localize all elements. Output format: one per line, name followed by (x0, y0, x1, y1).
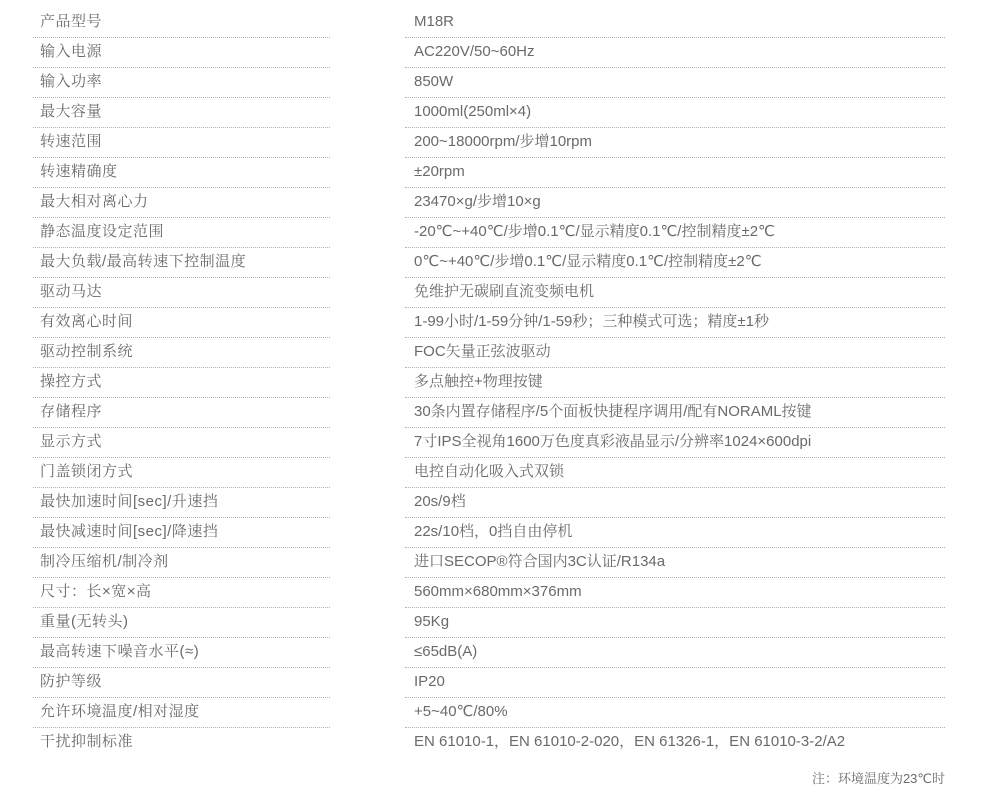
spec-label: 尺寸：长×宽×高 (33, 578, 330, 608)
spec-value: ±20rpm (405, 158, 945, 188)
spec-row: 最快减速时间[sec]/降速挡 22s/10档，0挡自由停机 (33, 518, 945, 548)
spec-row: 制冷压缩机/制冷剂 进口SECOP®符合国内3C认证/R134a (33, 548, 945, 578)
spec-label: 门盖锁闭方式 (33, 458, 330, 488)
spec-label: 存储程序 (33, 398, 330, 428)
spec-value: 95Kg (405, 608, 945, 638)
spec-label: 驱动控制系统 (33, 338, 330, 368)
spec-value: 850W (405, 68, 945, 98)
spec-label: 防护等级 (33, 668, 330, 698)
spec-row: 转速精确度 ±20rpm (33, 158, 945, 188)
spec-row: 防护等级 IP20 (33, 668, 945, 698)
spec-label: 最大负载/最高转速下控制温度 (33, 248, 330, 278)
spec-label: 最大相对离心力 (33, 188, 330, 218)
spec-value: AC220V/50~60Hz (405, 38, 945, 68)
spec-value: 560mm×680mm×376mm (405, 578, 945, 608)
spec-row: 驱动马达 免维护无碳刷直流变频电机 (33, 278, 945, 308)
spec-table: 产品型号 M18R 输入电源 AC220V/50~60Hz 输入功率 850W … (33, 8, 945, 758)
spec-row: 最大相对离心力 23470×g/步增10×g (33, 188, 945, 218)
spec-row: 输入功率 850W (33, 68, 945, 98)
spec-row: 尺寸：长×宽×高 560mm×680mm×376mm (33, 578, 945, 608)
spec-label: 最快减速时间[sec]/降速挡 (33, 518, 330, 548)
spec-value: 22s/10档，0挡自由停机 (405, 518, 945, 548)
spec-label: 重量(无转头) (33, 608, 330, 638)
spec-label: 输入功率 (33, 68, 330, 98)
spec-row: 最大容量 1000ml(250ml×4) (33, 98, 945, 128)
spec-row: 重量(无转头) 95Kg (33, 608, 945, 638)
spec-value: 多点触控+物理按键 (405, 368, 945, 398)
spec-row: 显示方式 7寸IPS全视角1600万色度真彩液晶显示/分辨率1024×600dp… (33, 428, 945, 458)
spec-value: -20℃~+40℃/步增0.1℃/显示精度0.1℃/控制精度±2℃ (405, 218, 945, 248)
spec-row: 最高转速下噪音水平(≈) ≤65dB(A) (33, 638, 945, 668)
spec-value: EN 61010-1，EN 61010-2-020，EN 61326-1，EN … (405, 728, 945, 758)
spec-row: 干扰抑制标准 EN 61010-1，EN 61010-2-020，EN 6132… (33, 728, 945, 758)
spec-label: 输入电源 (33, 38, 330, 68)
spec-value: FOC矢量正弦波驱动 (405, 338, 945, 368)
spec-value: 电控自动化吸入式双锁 (405, 458, 945, 488)
spec-label: 显示方式 (33, 428, 330, 458)
spec-row: 操控方式 多点触控+物理按键 (33, 368, 945, 398)
spec-value: 进口SECOP®符合国内3C认证/R134a (405, 548, 945, 578)
spec-row: 静态温度设定范围 -20℃~+40℃/步增0.1℃/显示精度0.1℃/控制精度±… (33, 218, 945, 248)
spec-label: 干扰抑制标准 (33, 728, 330, 758)
spec-row: 转速范围 200~18000rpm/步增10rpm (33, 128, 945, 158)
spec-row: 有效离心时间 1-99小时/1-59分钟/1-59秒；三种模式可选；精度±1秒 (33, 308, 945, 338)
spec-label: 最快加速时间[sec]/升速挡 (33, 488, 330, 518)
spec-label: 转速精确度 (33, 158, 330, 188)
spec-value: 20s/9档 (405, 488, 945, 518)
spec-label: 制冷压缩机/制冷剂 (33, 548, 330, 578)
spec-label: 有效离心时间 (33, 308, 330, 338)
spec-label: 操控方式 (33, 368, 330, 398)
spec-value: +5~40℃/80% (405, 698, 945, 728)
spec-value: 免维护无碳刷直流变频电机 (405, 278, 945, 308)
spec-label: 允许环境温度/相对湿度 (33, 698, 330, 728)
spec-row: 最大负载/最高转速下控制温度 0℃~+40℃/步增0.1℃/显示精度0.1℃/控… (33, 248, 945, 278)
spec-sheet-page: 产品型号 M18R 输入电源 AC220V/50~60Hz 输入功率 850W … (0, 0, 990, 805)
spec-value: 1-99小时/1-59分钟/1-59秒；三种模式可选；精度±1秒 (405, 308, 945, 338)
spec-value: 23470×g/步增10×g (405, 188, 945, 218)
spec-value: ≤65dB(A) (405, 638, 945, 668)
spec-row: 门盖锁闭方式 电控自动化吸入式双锁 (33, 458, 945, 488)
spec-value: 1000ml(250ml×4) (405, 98, 945, 128)
spec-row: 最快加速时间[sec]/升速挡 20s/9档 (33, 488, 945, 518)
spec-label: 转速范围 (33, 128, 330, 158)
spec-row: 输入电源 AC220V/50~60Hz (33, 38, 945, 68)
spec-label: 产品型号 (33, 8, 330, 38)
spec-value: 7寸IPS全视角1600万色度真彩液晶显示/分辨率1024×600dpi (405, 428, 945, 458)
spec-label: 驱动马达 (33, 278, 330, 308)
spec-row: 产品型号 M18R (33, 8, 945, 38)
spec-label: 最大容量 (33, 98, 330, 128)
spec-value: IP20 (405, 668, 945, 698)
spec-row: 允许环境温度/相对湿度 +5~40℃/80% (33, 698, 945, 728)
spec-value: 200~18000rpm/步增10rpm (405, 128, 945, 158)
spec-label: 静态温度设定范围 (33, 218, 330, 248)
spec-value: 0℃~+40℃/步增0.1℃/显示精度0.1℃/控制精度±2℃ (405, 248, 945, 278)
ambient-temperature-footnote: 注：环境温度为23℃时 (812, 768, 945, 787)
spec-value: M18R (405, 8, 945, 38)
spec-row: 存储程序 30条内置存储程序/5个面板快捷程序调用/配有NORAML按键 (33, 398, 945, 428)
spec-label: 最高转速下噪音水平(≈) (33, 638, 330, 668)
spec-value: 30条内置存储程序/5个面板快捷程序调用/配有NORAML按键 (405, 398, 945, 428)
spec-row: 驱动控制系统 FOC矢量正弦波驱动 (33, 338, 945, 368)
